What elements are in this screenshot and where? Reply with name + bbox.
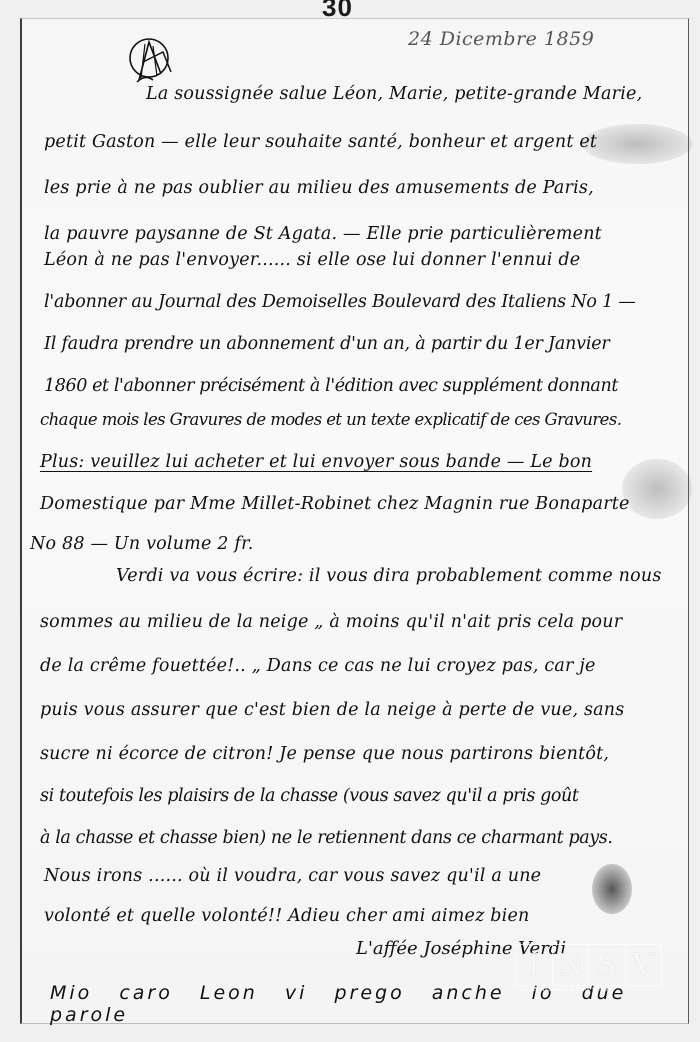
letter-line: Plus: veuillez lui acheter et lui envoye… bbox=[40, 452, 592, 472]
watermark-letter: V bbox=[626, 945, 662, 985]
letter-line: petit Gaston — elle leur souhaite santé,… bbox=[44, 132, 597, 152]
letter-line: sommes au milieu de la neige „ à moins q… bbox=[40, 612, 622, 632]
watermark-subtitle: Istituto Nazionale di Studi Verdiani bbox=[520, 987, 614, 993]
letter-line: Léon à ne pas l'envoyer...... si elle os… bbox=[44, 250, 580, 270]
ink-smudge bbox=[622, 459, 692, 519]
letter-line: Verdi va vous écrire: il vous dira proba… bbox=[116, 566, 662, 586]
letter-line: chaque mois les Gravures de modes et un … bbox=[40, 410, 621, 429]
letter-line: à la chasse et chasse bien) ne le retien… bbox=[40, 828, 613, 848]
ink-blot bbox=[592, 864, 632, 914]
letter-line: No 88 — Un volume 2 fr. bbox=[30, 534, 253, 554]
archive-watermark: I N S V bbox=[515, 944, 662, 986]
letter-date: 24 Dicembre 1859 bbox=[408, 28, 594, 50]
letter-line: Domestique par Mme Millet-Robinet chez M… bbox=[40, 494, 630, 514]
letter-line: sucre ni écorce de citron! Je pense que … bbox=[40, 744, 609, 764]
letter-line: de la crême fouettée!.. „ Dans ce cas ne… bbox=[40, 656, 596, 676]
letter-line: volonté et quelle volonté!! Adieu cher a… bbox=[44, 906, 529, 926]
letter-line: les prie à ne pas oublier au milieu des … bbox=[44, 178, 594, 198]
letter-line: Nous irons ...... où il voudra, car vous… bbox=[44, 866, 541, 886]
letter-line: la pauvre paysanne de St Agata. — Elle p… bbox=[44, 224, 602, 244]
letter-line: La soussignée salue Léon, Marie, petite-… bbox=[146, 84, 642, 104]
watermark-letter: N bbox=[553, 945, 590, 985]
watermark-letter: S bbox=[589, 945, 626, 985]
letter-line: puis vous assurer que c'est bien de la n… bbox=[40, 700, 624, 720]
letter-line: 1860 et l'abonner précisément à l'éditio… bbox=[44, 376, 618, 396]
letter-line: Il faudra prendre un abonnement d'un an,… bbox=[44, 334, 610, 354]
watermark-letter: I bbox=[516, 945, 553, 985]
letter-line: si toutefois les plaisirs de la chasse (… bbox=[40, 786, 579, 806]
ink-smudge bbox=[582, 124, 692, 164]
letter-line: l'abonner au Journal des Demoiselles Bou… bbox=[44, 292, 636, 312]
monogram-icon bbox=[123, 34, 179, 90]
